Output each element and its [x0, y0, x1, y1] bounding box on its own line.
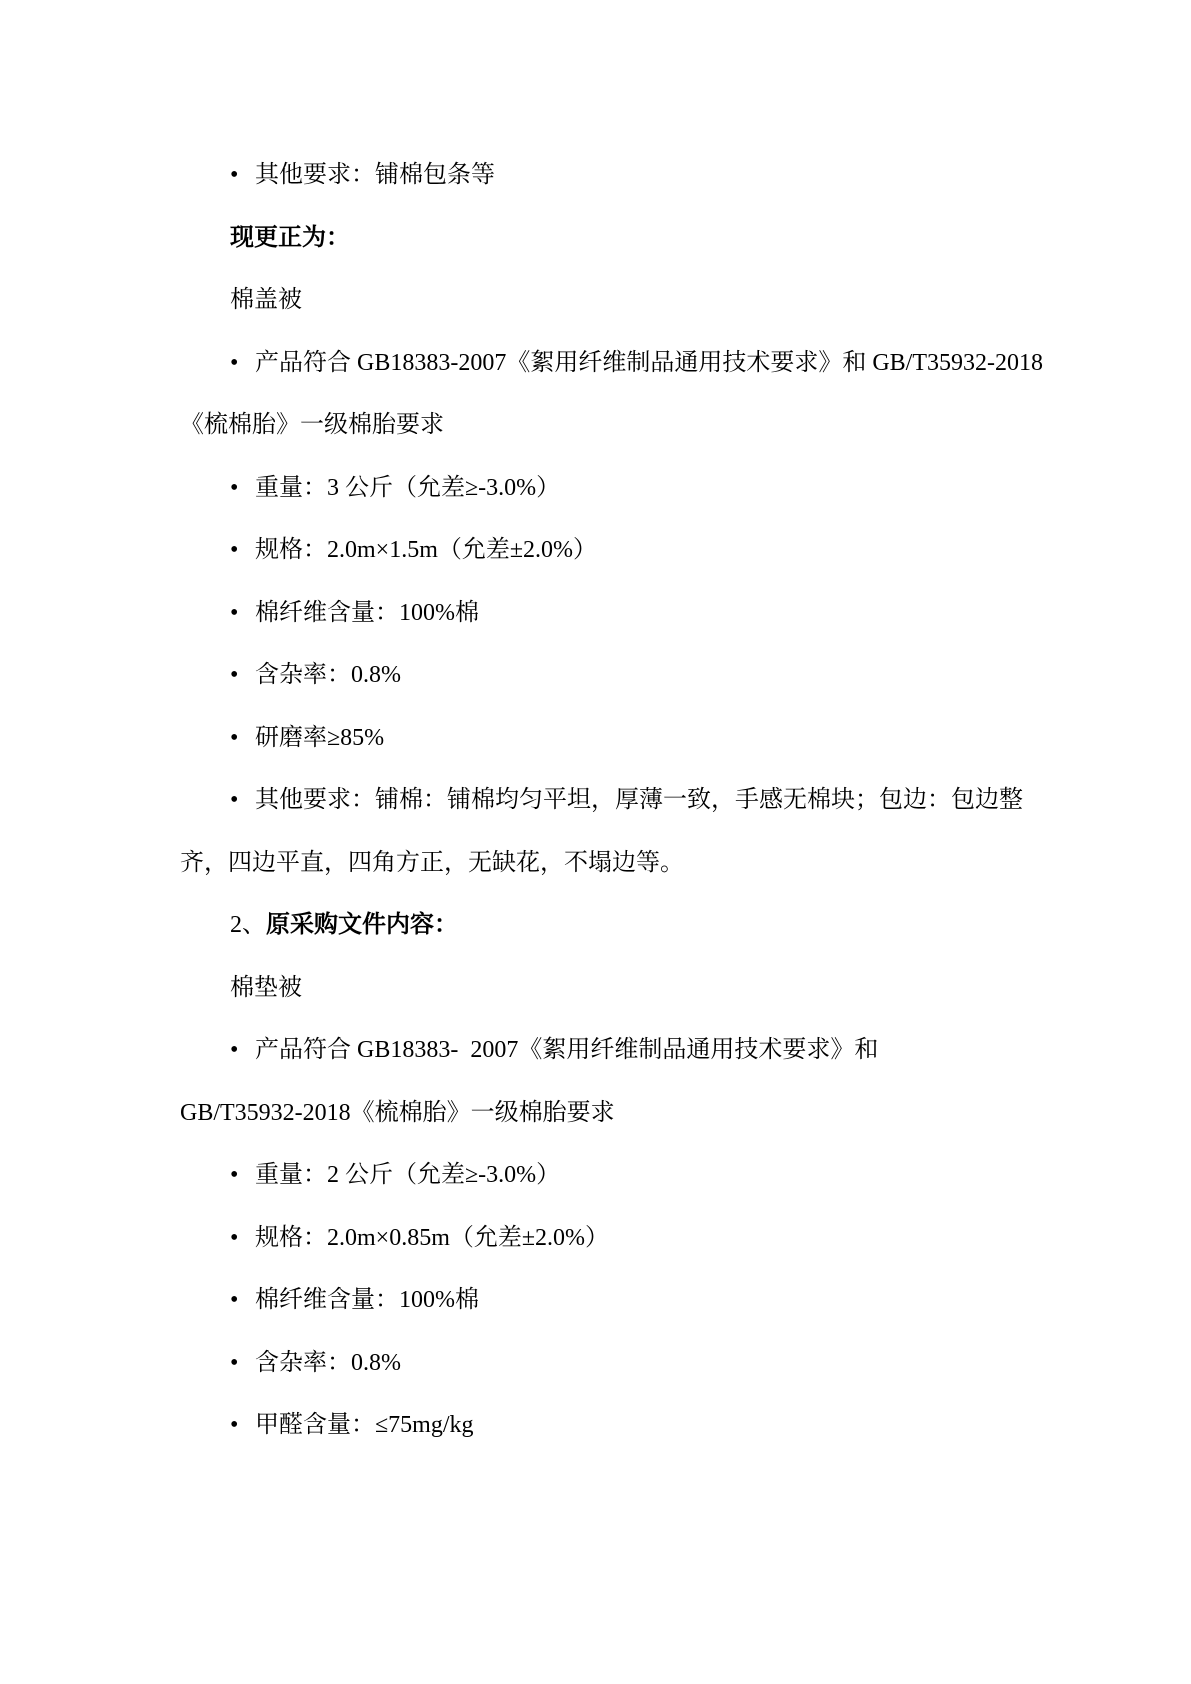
bullet-item-size-2: •规格：2.0m×0.85m（允差±2.0%） [180, 1207, 1013, 1270]
bullet-item-text: 棉纤维含量：100%棉 [255, 1287, 479, 1313]
section-heading-corrected: 现更正为： [180, 207, 1013, 270]
bullet-icon: • [230, 1019, 255, 1082]
bullet-item-cotton-content-2: •棉纤维含量：100%棉 [180, 1269, 1013, 1332]
bullet-item-text: 规格：2.0m×1.5m（允差±2.0%） [255, 537, 597, 563]
heading-text: 原采购文件内容： [266, 912, 458, 938]
bullet-item-impurity-2: •含杂率：0.8% [180, 1332, 1013, 1395]
bullet-icon: • [230, 707, 255, 770]
bullet-item-impurity: •含杂率：0.8% [180, 644, 1013, 707]
section-heading-original: 2、原采购文件内容： [180, 894, 1013, 957]
heading-number: 2、 [230, 912, 266, 938]
bullet-item-text: 产品符合 GB18383-2007《絮用纤维制品通用技术要求》和 GB/T359… [255, 350, 1043, 376]
continuation-line-standard: 《梳棉胎》一级棉胎要求 [180, 394, 1013, 457]
bullet-item-text: 规格：2.0m×0.85m（允差±2.0%） [255, 1225, 609, 1251]
bullet-item-standard: •产品符合 GB18383-2007《絮用纤维制品通用技术要求》和 GB/T35… [180, 332, 1013, 395]
bullet-icon: • [230, 1394, 255, 1457]
bullet-item-formaldehyde: •甲醛含量：≤75mg/kg [180, 1394, 1013, 1457]
bullet-item-text: 含杂率：0.8% [255, 1350, 401, 1376]
bullet-icon: • [230, 1269, 255, 1332]
document-body: •其他要求：铺棉包条等 现更正为： 棉盖被 •产品符合 GB18383-2007… [0, 0, 1191, 1457]
bullet-item-text: 重量：2 公斤（允差≥-3.0%） [255, 1162, 560, 1188]
bullet-item-text: 其他要求：铺棉：铺棉均匀平坦，厚薄一致，手感无棉块；包边：包边整 [255, 787, 1023, 813]
bullet-icon: • [230, 1144, 255, 1207]
bullet-item-weight: •重量：3 公斤（允差≥-3.0%） [180, 457, 1013, 520]
bullet-item-text: 重量：3 公斤（允差≥-3.0%） [255, 475, 560, 501]
bullet-item-size: •规格：2.0m×1.5m（允差±2.0%） [180, 519, 1013, 582]
bullet-icon: • [230, 519, 255, 582]
bullet-item-weight-2: •重量：2 公斤（允差≥-3.0%） [180, 1144, 1013, 1207]
bullet-item-cotton-content: •棉纤维含量：100%棉 [180, 582, 1013, 645]
continuation-line-other-requirements: 齐，四边平直，四角方正，无缺花，不塌边等。 [180, 832, 1013, 895]
bullet-icon: • [230, 1332, 255, 1395]
bullet-item-grinding-rate: •研磨率≥85% [180, 707, 1013, 770]
bullet-item-other-requirements: •其他要求：铺棉包条等 [180, 144, 1013, 207]
bullet-item-text: 产品符合 GB18383- 2007《絮用纤维制品通用技术要求》和 [255, 1037, 878, 1063]
bullet-icon: • [230, 769, 255, 832]
bullet-icon: • [230, 582, 255, 645]
bullet-icon: • [230, 1207, 255, 1270]
bullet-item-text: 含杂率：0.8% [255, 662, 401, 688]
continuation-line-standard-2: GB/T35932-2018《梳棉胎》一级棉胎要求 [180, 1082, 1013, 1145]
document-page: •其他要求：铺棉包条等 现更正为： 棉盖被 •产品符合 GB18383-2007… [0, 0, 1191, 1684]
bullet-item-text: 研磨率≥85% [255, 725, 384, 751]
bullet-item-text: 其他要求：铺棉包条等 [255, 162, 495, 188]
paragraph-product-name-2: 棉垫被 [180, 957, 1013, 1020]
bullet-item-standard-2: •产品符合 GB18383- 2007《絮用纤维制品通用技术要求》和 [180, 1019, 1013, 1082]
paragraph-product-name: 棉盖被 [180, 269, 1013, 332]
bullet-item-other-requirements-2: •其他要求：铺棉：铺棉均匀平坦，厚薄一致，手感无棉块；包边：包边整 [180, 769, 1013, 832]
bullet-icon: • [230, 332, 255, 395]
bullet-item-text: 甲醛含量：≤75mg/kg [255, 1412, 474, 1438]
bullet-icon: • [230, 644, 255, 707]
bullet-icon: • [230, 457, 255, 520]
bullet-item-text: 棉纤维含量：100%棉 [255, 600, 479, 626]
bullet-icon: • [230, 144, 255, 207]
